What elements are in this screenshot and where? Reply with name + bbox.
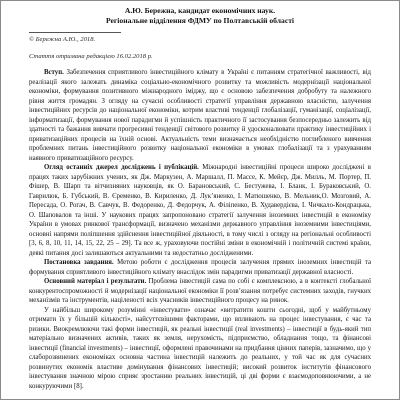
article-body: Вступ. Забезпечення сприятливого інвести…: [29, 68, 371, 391]
paragraph-sources-review: Огляд останніх джерел досліджень і публі…: [29, 163, 371, 258]
paragraph-task-statement: Постановка завдання. Метою роботи є досл…: [29, 258, 371, 277]
copyright-note: © Бережна А.Ю., 2018.: [29, 36, 371, 44]
footnote-rule: [29, 32, 121, 33]
paragraph-text: Міжнародні інвестиційні процеси широко д…: [29, 164, 371, 257]
paragraph-text: Забезпечення сприятливого інвестиційного…: [29, 69, 371, 162]
paragraph-lead: Вступ.: [44, 69, 64, 76]
paragraph-text: У найбільш широкому розумінні «інвестува…: [29, 307, 371, 390]
paragraph-main-material: Основний матеріал і результати. Проблема…: [29, 277, 371, 306]
paragraph-intro: Вступ. Забезпечення сприятливого інвести…: [29, 68, 371, 163]
paragraph-lead: Основний матеріал і результати.: [44, 278, 146, 285]
paragraph-lead: Огляд останніх джерел досліджень і публі…: [44, 164, 199, 171]
article-header: А.Ю. Бережна, кандидат економічних наук.…: [29, 6, 371, 26]
received-note: Стаття отримана редакцією 16.02.2018 р.: [29, 53, 371, 61]
author-line: А.Ю. Бережна, кандидат економічних наук.: [29, 6, 371, 16]
affiliation-line: Регіональне відділення ФДМУ по Полтавськ…: [29, 16, 371, 26]
article-page: А.Ю. Бережна, кандидат економічних наук.…: [0, 0, 400, 400]
paragraph-lead: Постановка завдання.: [44, 259, 114, 266]
paragraph-investment-forms: У найбільш широкому розумінні «інвестува…: [29, 306, 371, 392]
